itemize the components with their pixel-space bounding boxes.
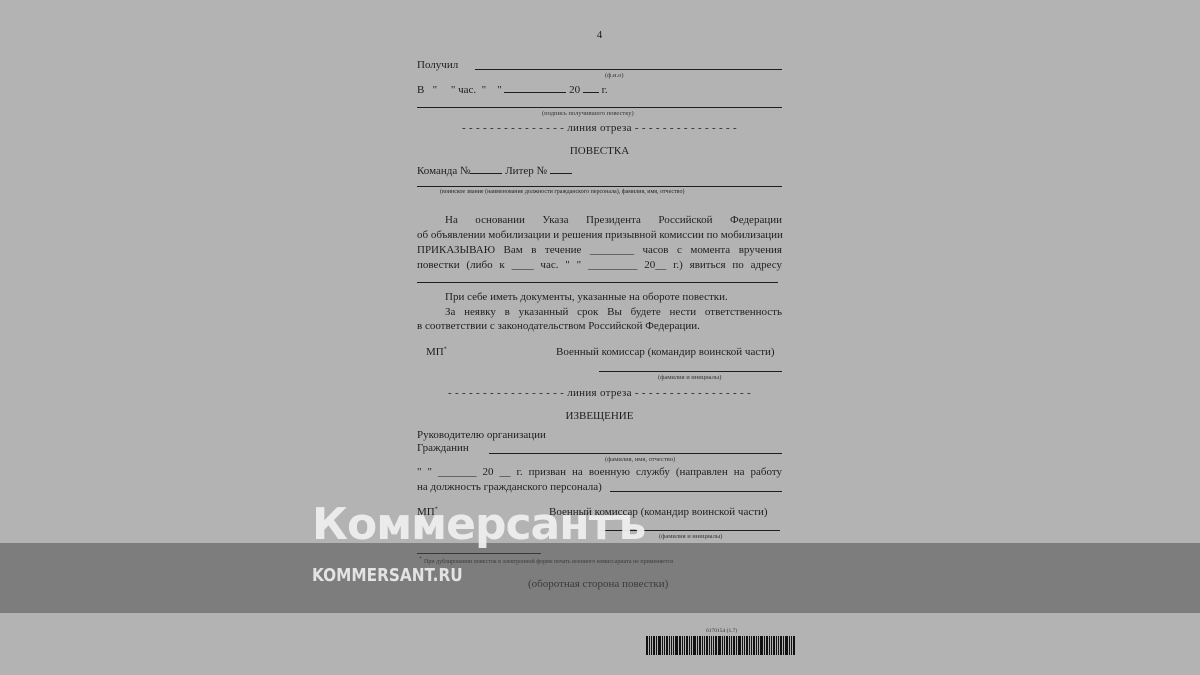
barcode-bar <box>689 636 690 655</box>
summons-title: ПОВЕСТКА <box>417 145 782 157</box>
barcode-bar <box>751 636 752 655</box>
barcode-bar <box>669 636 670 655</box>
barcode-bar <box>656 636 657 655</box>
notice-addressee: Руководителю организации <box>417 429 546 441</box>
cut-line-2: - - - - - - - - - - - - - - - - - линия … <box>417 387 782 399</box>
citizen-caption: (фамилия, имя, отчество) <box>605 456 675 463</box>
rank-line <box>417 186 782 187</box>
barcode-bar <box>760 636 763 655</box>
watermark-band <box>0 543 1200 613</box>
signature-line <box>417 107 782 108</box>
year-blank <box>583 83 599 93</box>
barcode-bar <box>756 636 757 655</box>
barcode-bar <box>758 636 759 655</box>
barcode-bar <box>778 636 779 655</box>
barcode-bar <box>729 636 730 655</box>
barcode-bar <box>715 636 717 655</box>
time-line: В " " час. " " 20 г. <box>417 83 608 96</box>
barcode-bar <box>651 636 652 655</box>
liter-blank <box>550 164 572 174</box>
barcode-bar <box>684 636 685 655</box>
team-liter-line: Команда № Литер № <box>417 164 572 177</box>
position-blank <box>610 491 782 492</box>
barcode-bar <box>776 636 777 655</box>
kommersant-logo: Коммерсантъ <box>312 500 645 550</box>
position-line: на должность гражданского персонала) <box>417 481 602 493</box>
received-label: Получил <box>417 59 458 71</box>
barcode-bar <box>686 636 688 655</box>
body-line-4: повестки (либо к ____ час. " " _________… <box>417 258 782 273</box>
barcode-bar <box>691 636 692 655</box>
barcode-bar <box>711 636 712 655</box>
cut-line-1: - - - - - - - - - - - - - - - линия отре… <box>417 122 782 134</box>
barcode-bar <box>769 636 770 655</box>
barcode-bar <box>783 636 784 655</box>
kommersant-site-link[interactable]: KOMMERSANT.RU <box>312 565 463 586</box>
documents-note: При себе иметь документы, указанные на о… <box>445 291 728 303</box>
barcode-bar <box>649 636 650 655</box>
citizen-label: Гражданин <box>417 442 469 454</box>
barcode-bar <box>709 636 710 655</box>
barcode-bar <box>771 636 772 655</box>
barcode-bar <box>713 636 714 655</box>
barcode-bar <box>746 636 748 655</box>
barcode-bar <box>736 636 737 655</box>
barcode-bar <box>693 636 696 655</box>
barcode-bar <box>785 636 788 655</box>
body-line-1: На основании Указа Президента Российской… <box>417 213 782 228</box>
barcode-bar <box>731 636 732 655</box>
notice-title: ИЗВЕЩЕНИЕ <box>417 410 782 422</box>
barcode-bar <box>664 636 665 655</box>
team-blank <box>470 164 502 174</box>
date-blank <box>504 83 566 93</box>
drafted-line: " " _______ 20 __ г. призван на военную … <box>417 465 782 480</box>
barcode-bar <box>704 636 705 655</box>
liability-line-1: За неявку в указанный срок Вы будете нес… <box>417 305 782 320</box>
barcode-bar <box>789 636 790 655</box>
received-line <box>475 69 782 70</box>
address-line <box>417 282 778 283</box>
barcode-bar <box>675 636 678 655</box>
barcode-bar <box>733 636 735 655</box>
stamp-mark: * <box>444 346 447 352</box>
barcode-bar <box>658 636 661 655</box>
liability-line-2: в соответствии с законодательством Росси… <box>417 320 700 332</box>
barcode-bar <box>726 636 728 655</box>
body-line-2: об объявлении мобилизации и решения приз… <box>417 228 782 243</box>
barcode-bar <box>666 636 668 655</box>
barcode-bar <box>706 636 708 655</box>
barcode-bar <box>671 636 672 655</box>
barcode-bar <box>646 636 648 655</box>
signer: Военный комиссар (командир воинской част… <box>556 346 775 358</box>
barcode-bar <box>791 636 792 655</box>
barcode-bar <box>744 636 745 655</box>
page-number: 4 <box>417 29 782 41</box>
barcode-bar <box>780 636 782 655</box>
signer-line <box>599 371 782 372</box>
stamp-label: МП* <box>426 346 447 358</box>
barcode-bar <box>724 636 725 655</box>
barcode-bar <box>718 636 721 655</box>
liter-label: Литер № <box>505 165 547 177</box>
signer-caption: (фамилия и инициалы) <box>658 374 721 381</box>
barcode <box>646 636 802 655</box>
signature-caption: (подпись получившего повестку) <box>542 110 634 117</box>
barcode-bar <box>722 636 723 655</box>
barcode-bar <box>702 636 703 655</box>
citizen-line <box>489 453 782 454</box>
barcode-bar <box>738 636 741 655</box>
barcode-caption: 6170154 (1.7) <box>706 628 737 634</box>
barcode-bar <box>749 636 750 655</box>
rank-caption: (воинское звание (наименование должности… <box>440 189 684 195</box>
barcode-bar <box>653 636 655 655</box>
barcode-bar <box>766 636 768 655</box>
barcode-bar <box>699 636 701 655</box>
barcode-bar <box>662 636 663 655</box>
notice-signer-caption: (фамилия и инициалы) <box>659 533 722 540</box>
barcode-bar <box>793 636 795 655</box>
year-suffix: г. <box>602 84 608 96</box>
time-prefix: В <box>417 84 424 96</box>
barcode-bar <box>673 636 674 655</box>
barcode-bar <box>764 636 765 655</box>
barcode-bar <box>697 636 698 655</box>
barcode-bar <box>682 636 683 655</box>
hour-label: час. <box>458 84 476 96</box>
barcode-bar <box>679 636 681 655</box>
barcode-bar <box>773 636 775 655</box>
body-line-3: ПРИКАЗЫВАЮ Вам в течение ________ часов … <box>417 243 782 258</box>
team-label: Команда № <box>417 165 470 177</box>
fio-caption: (ф.и.о) <box>605 72 624 79</box>
barcode-bar <box>753 636 755 655</box>
year-prefix: 20 <box>569 84 580 96</box>
stamp-text: МП <box>426 346 444 358</box>
barcode-bar <box>742 636 743 655</box>
